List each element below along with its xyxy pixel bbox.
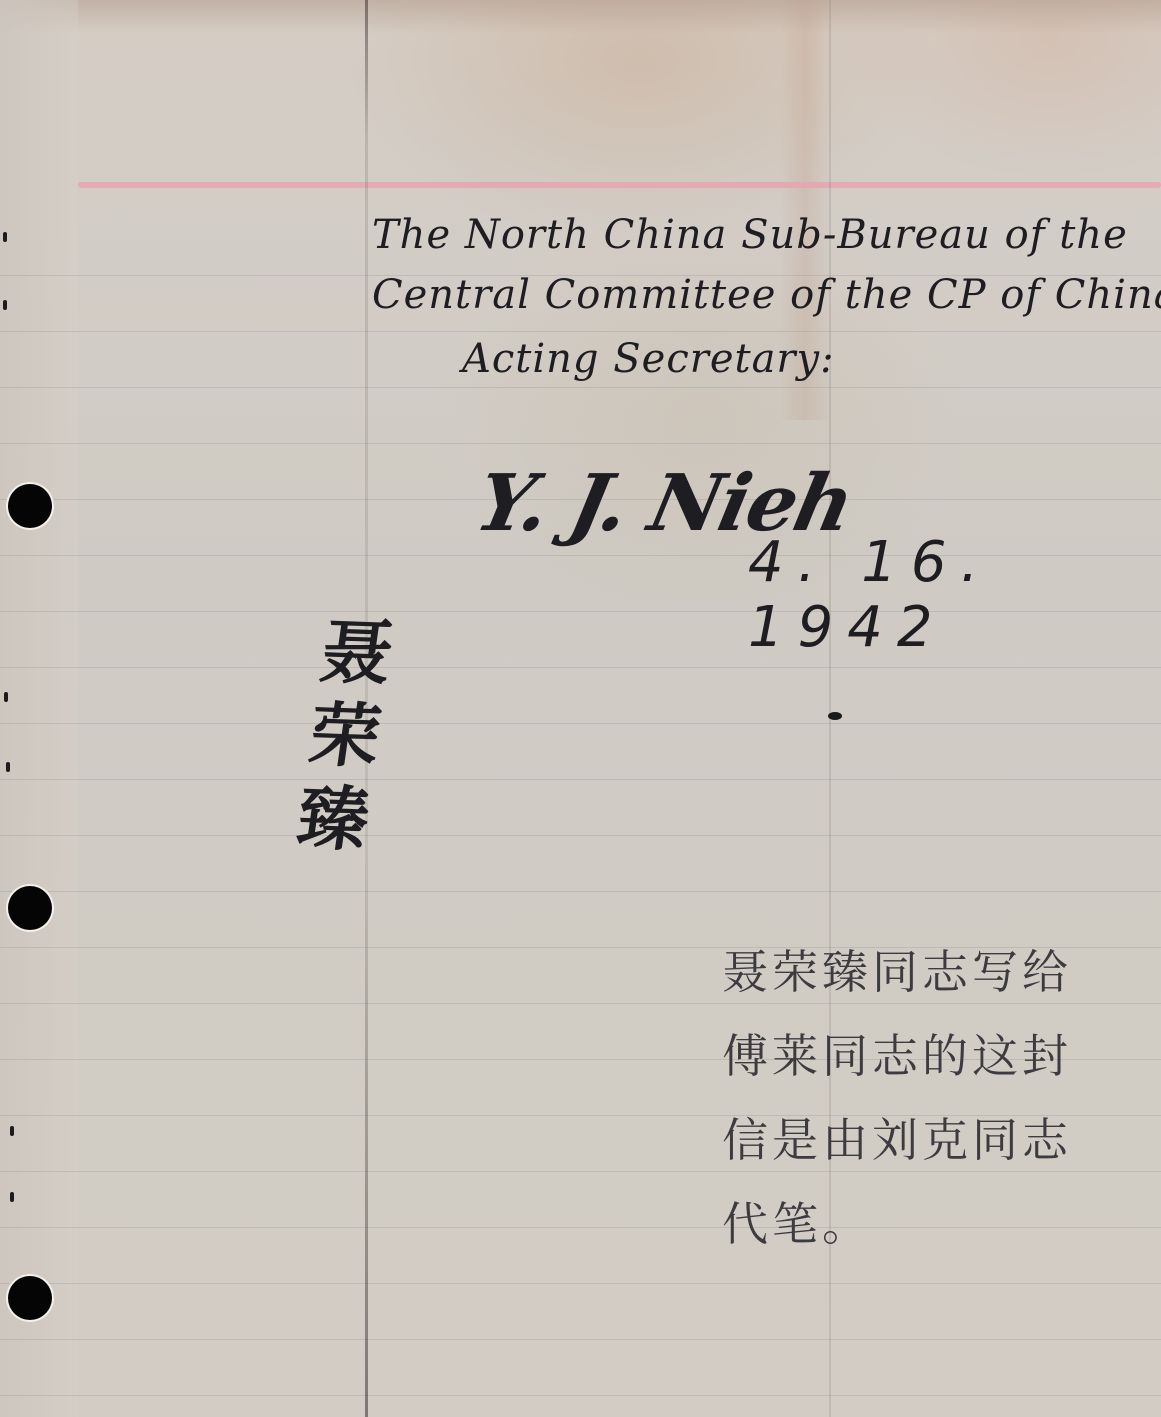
punch-hole-icon: [8, 886, 52, 930]
paper-tear-mark: [3, 300, 7, 310]
addressee-line-1: The North China Sub-Bureau of the: [372, 212, 1128, 258]
note-line-3: 信是由刘克同志: [722, 1098, 1072, 1182]
punch-hole-icon: [8, 1276, 52, 1320]
header-pink-rule: [78, 182, 1161, 188]
punch-hole-icon: [8, 484, 52, 528]
chinese-annotation-note: 聂荣臻同志写给 傅莱同志的这封 信是由刘克同志 代笔。: [722, 930, 1072, 1266]
paper-tear-mark: [10, 1126, 14, 1136]
note-line-2: 傅莱同志的这封: [722, 1014, 1072, 1098]
ink-blot: [828, 712, 842, 720]
paper-tear-mark: [6, 762, 10, 772]
note-line-4: 代笔。: [722, 1182, 1072, 1266]
letter-date: 4. 16. 1942: [748, 530, 1161, 660]
addressee-line-2: Central Committee of the CP of China.: [372, 272, 1161, 318]
paper-tear-mark: [10, 1192, 14, 1202]
addressee-line-3: Acting Secretary:: [462, 336, 835, 382]
aged-top-edge: [0, 0, 1161, 34]
note-line-1: 聂荣臻同志写给: [722, 930, 1072, 1014]
paper-tear-mark: [3, 232, 7, 242]
paper-tear-mark: [4, 692, 8, 702]
letter-page: The North China Sub-Bureau of the Centra…: [0, 0, 1161, 1417]
